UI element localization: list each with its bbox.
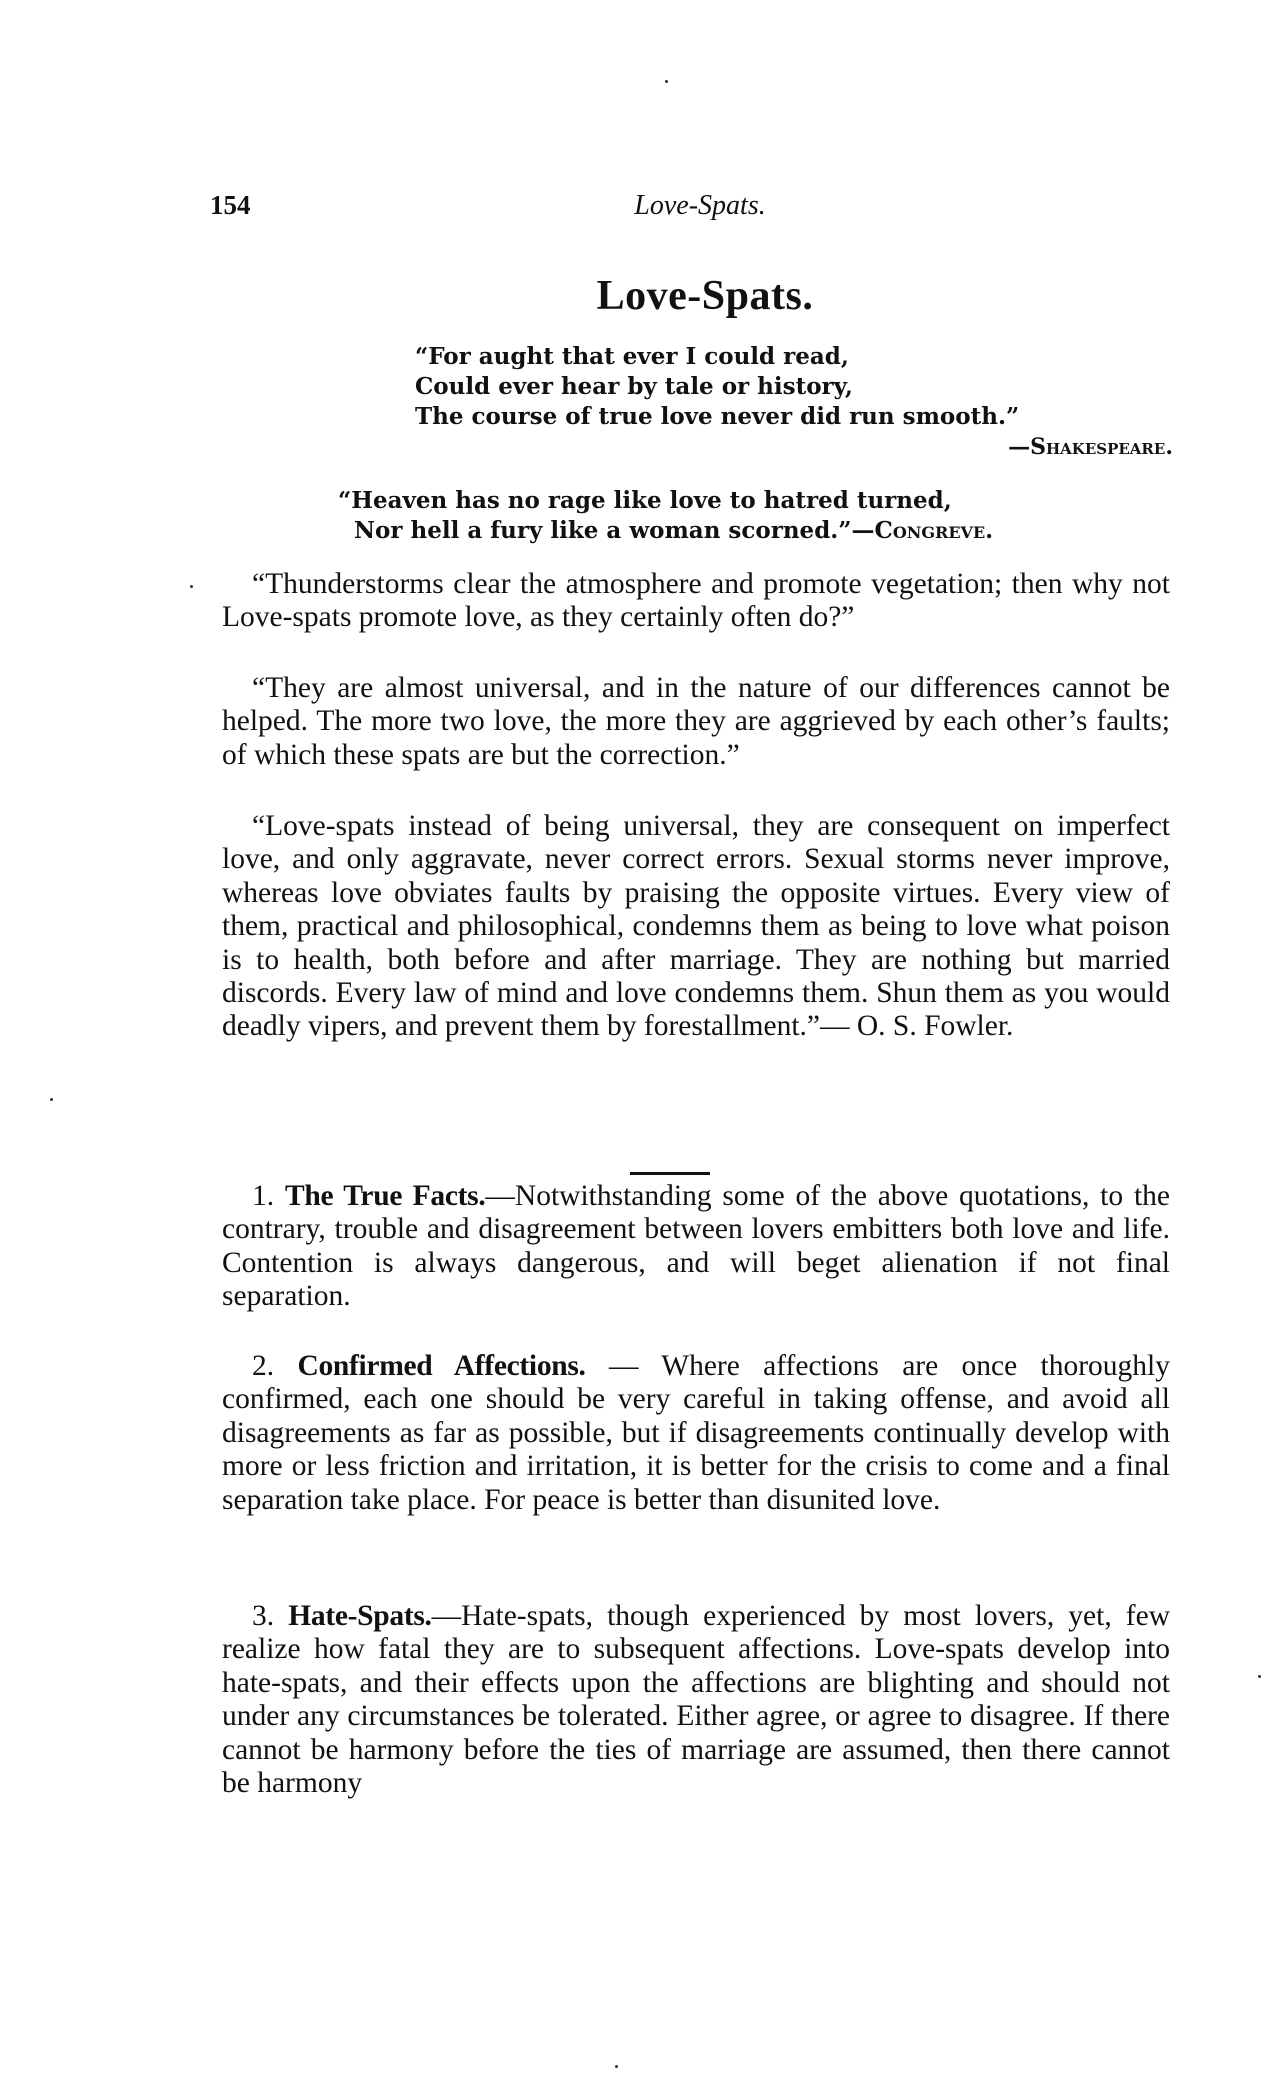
book-page: 154 Love-Spats. Love-Spats. “For aught t… <box>0 0 1275 2089</box>
scan-speck <box>665 80 668 83</box>
epigraph-line: Could ever hear by tale or history, <box>415 372 1175 402</box>
section-number: 2. <box>252 1350 274 1382</box>
running-head: 154 Love-Spats. <box>210 190 1170 230</box>
epigraph-congreve: “Heaven has no rage like love to hatred … <box>338 486 1158 546</box>
epigraph-attribution: —Shakespeare. <box>415 432 1175 462</box>
epigraph-attribution: —Congreve. <box>852 517 994 544</box>
scan-speck <box>50 1098 53 1101</box>
quotation-paragraph: “Thunderstorms clear the atmosphere and … <box>222 568 1170 639</box>
section-heading: Hate-Spats. <box>288 1600 431 1632</box>
section-heading: The True Facts. <box>285 1180 485 1212</box>
epigraph-line: Nor hell a fury like a woman scorned.”—C… <box>338 516 1158 546</box>
chapter-title: Love-Spats. <box>210 272 1170 320</box>
section-hate-spats: 3. Hate-Spats.—Hate-spats, though experi… <box>222 1600 1170 1804</box>
section-divider-rule <box>630 1172 710 1175</box>
quotation-paragraph: “Love-spats instead of being universal, … <box>222 810 1170 1048</box>
scan-speck <box>1258 1675 1261 1678</box>
scan-speck <box>615 2065 618 2068</box>
running-title: Love-Spats. <box>210 190 1180 222</box>
section-heading: Confirmed Affections. <box>297 1350 585 1382</box>
quotation-text: “Love-spats instead of being universal, … <box>222 810 1170 1044</box>
quotation-text: “Thunderstorms clear the atmosphere and … <box>222 568 1170 635</box>
epigraph-line: The course of true love never did run sm… <box>415 402 1175 432</box>
scan-speck <box>190 585 193 588</box>
section-number: 1. <box>252 1180 274 1212</box>
epigraph-line: “For aught that ever I could read, <box>415 342 1175 372</box>
section-confirmed-affections: 2. Confirmed Affections. — Where affecti… <box>222 1350 1170 1521</box>
section-true-facts: 1. The True Facts.—Notwithstanding some … <box>222 1180 1170 1318</box>
epigraph-line-text: Nor hell a fury like a woman scorned.” <box>354 517 852 544</box>
epigraph-shakespeare: “For aught that ever I could read, Could… <box>415 342 1175 462</box>
quotation-paragraph: “They are almost universal, and in the n… <box>222 672 1170 776</box>
section-number: 3. <box>252 1600 274 1632</box>
quotation-text: “They are almost universal, and in the n… <box>222 672 1170 772</box>
epigraph-line: “Heaven has no rage like love to hatred … <box>338 486 1158 516</box>
